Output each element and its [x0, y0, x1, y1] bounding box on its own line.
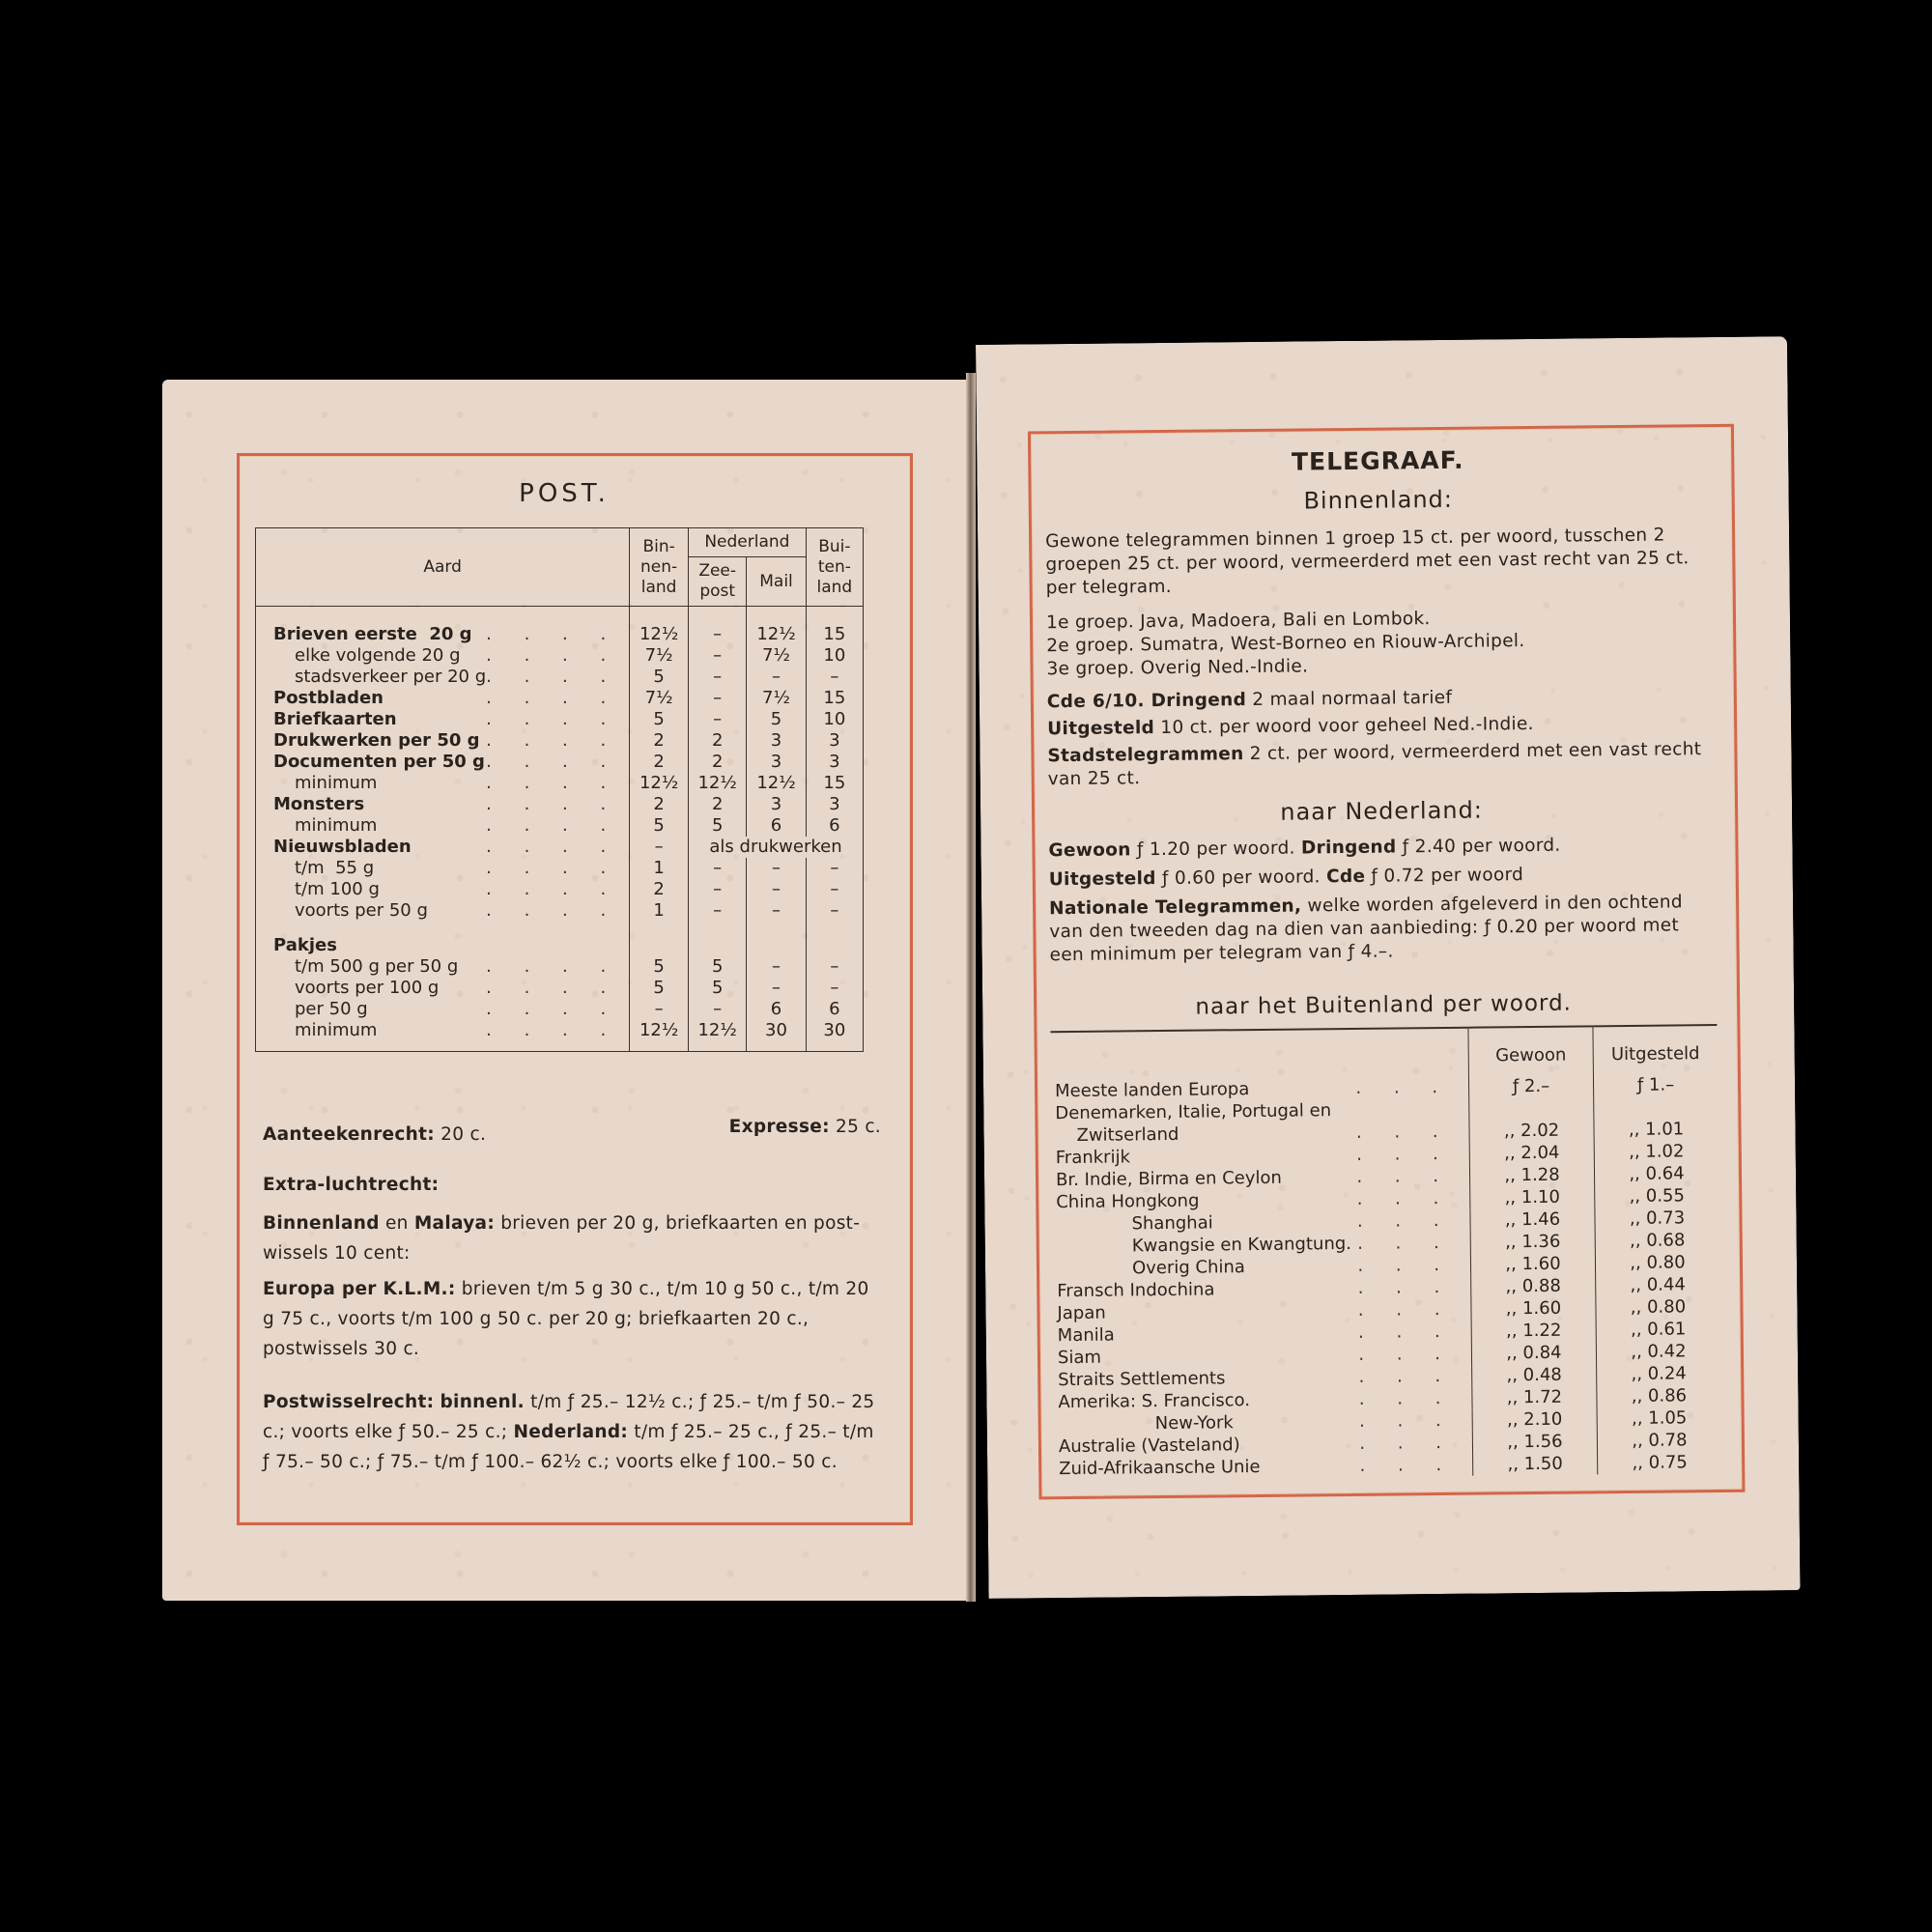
leader-dots: . . . . [486, 645, 619, 667]
cell-buitenland: 15 [806, 688, 863, 709]
row-label: elke volgende 20 g. . . . [256, 645, 630, 667]
leader-dots: . . . . [486, 730, 619, 752]
row-label: minimum. . . . [256, 815, 630, 837]
row-label: minimum. . . . [256, 1020, 630, 1052]
cell-binnenland: 7½ [630, 645, 689, 667]
leader-dots: . . . . [486, 667, 619, 688]
leader-dots: . . . . [486, 879, 619, 900]
cell-gewoon: ,, 1.10 [1470, 1185, 1595, 1208]
header-binnenland: Bin- nen- land [630, 528, 689, 607]
table-row: Drukwerken per 50 g. . . .2233 [256, 730, 864, 752]
cell-buitenland: 15 [806, 773, 863, 794]
table-row: Postbladen. . . .7½–7½15 [256, 688, 864, 709]
table-row: minimum. . . .12½12½3030 [256, 1020, 864, 1052]
cell-uitgesteld: ,, 1.05 [1597, 1406, 1721, 1430]
cell-buitenland [806, 922, 863, 956]
cell-mail: 5 [747, 709, 806, 730]
cell-mail: 6 [747, 999, 806, 1020]
country-cell: Meeste landen Europa. . . [1051, 1076, 1469, 1103]
cell-uitgesteld: ,, 1.01 [1594, 1118, 1719, 1141]
cell-zeepost: 12½ [689, 1020, 747, 1052]
cell-buitenland: 3 [806, 794, 863, 815]
cell-buitenland: – [806, 956, 863, 978]
cell-mail: 30 [747, 1020, 806, 1052]
leader-dots: . . . [1358, 1321, 1454, 1344]
post-notes: Aanteekenrecht: 20 c. Expresse: 25 c. Ex… [263, 1123, 881, 1477]
row-label: minimum. . . . [256, 773, 630, 794]
cell-mail: 12½ [747, 607, 806, 646]
leader-dots: . . . . [486, 1020, 619, 1041]
header-zeepost: Zee- post [689, 557, 747, 607]
cell-binnenland: 2 [630, 730, 689, 752]
buitenland-heading: naar het Buitenland per woord. [1050, 989, 1717, 1021]
cell-binnenland: 12½ [630, 607, 689, 646]
cell-mail: 12½ [747, 773, 806, 794]
cell-uitgesteld: ,, 0.75 [1598, 1451, 1722, 1474]
cell-binnenland: 1 [630, 900, 689, 922]
cell-buitenland: 10 [806, 709, 863, 730]
cell-uitgesteld: ,, 0.86 [1597, 1384, 1721, 1407]
table-row: t/m 500 g per 50 g. . . .55–– [256, 956, 864, 978]
leader-dots: . . . . [486, 624, 619, 645]
binnenland-intro: Gewone telegrammen binnen 1 groep 15 ct.… [1045, 524, 1713, 600]
booklet-spine [966, 373, 976, 1602]
cell-gewoon: ,, 2.02 [1469, 1119, 1594, 1142]
aanteekenrecht-value: 20 c. [440, 1124, 486, 1145]
cell-uitgesteld: ,, 0.64 [1594, 1162, 1719, 1185]
post-table-body: Brieven eerste 20 g. . . .12½–12½15elke … [256, 607, 864, 1052]
cell-mail: – [747, 900, 806, 922]
country-cell: Zuid-Afrikaansche Unie. . . [1055, 1454, 1473, 1481]
table-row: t/m 55 g. . . .1––– [256, 858, 864, 879]
leader-dots: . . . . [486, 773, 619, 794]
uitgesteld-binnenland-note: Uitgesteld 10 ct. per woord voor geheel … [1047, 711, 1714, 741]
leader-dots: . . . [1359, 1454, 1455, 1477]
leader-dots: . . . [1357, 1232, 1453, 1255]
postwisselrecht-note: Postwisselrecht: binnenl. t/m ƒ 25.– 12½… [263, 1387, 881, 1477]
cell-mail: 3 [747, 794, 806, 815]
cell-binnenland: 7½ [630, 688, 689, 709]
cell-binnenland: 2 [630, 752, 689, 773]
table-row: Pakjes [256, 922, 864, 956]
leader-dots: . . . [1358, 1276, 1454, 1299]
table-row: Documenten per 50 g. . . .2233 [256, 752, 864, 773]
leader-dots: . . . . [486, 709, 619, 730]
expresse-value: 25 c. [836, 1117, 881, 1137]
leader-dots: . . . . [486, 978, 619, 999]
table-row: per 50 g. . . .––66 [256, 999, 864, 1020]
cell-zeepost: 2 [689, 752, 747, 773]
row-label: stadsverkeer per 20 g. . . . [256, 667, 630, 688]
cell-binnenland: 5 [630, 709, 689, 730]
row-label: Postbladen. . . . [256, 688, 630, 709]
cell-mail: – [747, 858, 806, 879]
cell-mail: – [747, 978, 806, 999]
header-gewoon: Gewoon [1468, 1026, 1594, 1075]
page-telegraaf: TELEGRAAF. Binnenland: Gewone telegramme… [976, 336, 1801, 1599]
cell-uitgesteld: ,, 0.68 [1595, 1229, 1719, 1252]
cell-gewoon: ,, 2.04 [1469, 1141, 1594, 1164]
cell-gewoon: ,, 0.88 [1471, 1274, 1596, 1297]
cell-uitgesteld: ,, 0.78 [1597, 1429, 1721, 1452]
buitenland-rates-table: Gewoon Uitgesteld Meeste landen Europa. … [1050, 1024, 1721, 1480]
cell-mail [747, 922, 806, 956]
cell-mail: 6 [747, 815, 806, 837]
cell-span: als drukwerken [689, 837, 864, 858]
cell-gewoon: ,, 1.72 [1472, 1385, 1597, 1408]
leader-dots: . . . . [486, 858, 619, 879]
cell-zeepost: – [689, 688, 747, 709]
cell-buitenland: 6 [806, 999, 863, 1020]
header-buitenland: Bui- ten- land [806, 528, 863, 607]
cell-binnenland: 5 [630, 667, 689, 688]
cell-binnenland: 5 [630, 978, 689, 999]
cell-buitenland: 10 [806, 645, 863, 667]
cell-uitgesteld: ,, 0.61 [1596, 1318, 1720, 1341]
cell-buitenland: 30 [806, 1020, 863, 1052]
table-row: voorts per 50 g. . . .1––– [256, 900, 864, 922]
leader-dots: . . . [1359, 1409, 1455, 1433]
cell-zeepost: – [689, 607, 747, 646]
cell-gewoon: ƒ 2.– [1468, 1074, 1593, 1097]
cell-gewoon: ,, 1.46 [1470, 1207, 1595, 1231]
row-label: Briefkaarten. . . . [256, 709, 630, 730]
leader-dots: . . . . [486, 956, 619, 978]
header-country [1050, 1028, 1468, 1081]
europa-klm-note: Europa per K.L.M.: brieven t/m 5 g 30 c.… [263, 1274, 881, 1364]
table-row: minimum. . . .12½12½12½15 [256, 773, 864, 794]
cell-binnenland: – [630, 999, 689, 1020]
leader-dots: . . . . [486, 837, 619, 858]
cell-mail: 3 [747, 752, 806, 773]
page-post: POST. Aard Bin- nen- land Nederland Bui-… [162, 380, 966, 1601]
cell-gewoon: ,, 0.84 [1471, 1341, 1596, 1364]
row-label: per 50 g. . . . [256, 999, 630, 1020]
cell-mail: – [747, 879, 806, 900]
cell-zeepost: 12½ [689, 773, 747, 794]
cell-uitgesteld: ,, 0.55 [1595, 1184, 1719, 1207]
cell-gewoon: ,, 1.60 [1471, 1296, 1596, 1320]
table-row: Brieven eerste 20 g. . . .12½–12½15 [256, 607, 864, 646]
cell-zeepost: – [689, 709, 747, 730]
post-rates-table: Aard Bin- nen- land Nederland Bui- ten- … [255, 527, 864, 1052]
table-row: Briefkaarten. . . .5–510 [256, 709, 864, 730]
cell-binnenland: 5 [630, 815, 689, 837]
cell-binnenland: 12½ [630, 1020, 689, 1052]
leader-dots: . . . [1357, 1254, 1453, 1277]
extra-luchtrecht-heading: Extra-luchtrecht: [263, 1174, 881, 1197]
row-label: voorts per 50 g. . . . [256, 900, 630, 922]
row-label: Brieven eerste 20 g. . . . [256, 607, 630, 646]
cell-uitgesteld: ,, 0.24 [1597, 1362, 1721, 1385]
cell-buitenland: – [806, 667, 863, 688]
row-label: Monsters. . . . [256, 794, 630, 815]
table-row: elke volgende 20 g. . . .7½–7½10 [256, 645, 864, 667]
cell-mail: 7½ [747, 645, 806, 667]
cde-dringend-note: Cde 6/10. Dringend 2 maal normaal tarief [1047, 684, 1714, 714]
table-row: Nieuwsbladen. . . .–als drukwerken [256, 837, 864, 858]
buitenland-table-body: Meeste landen Europa. . .ƒ 2.–ƒ 1.–Denem… [1051, 1073, 1721, 1480]
row-label: t/m 55 g. . . . [256, 858, 630, 879]
leader-dots: . . . [1358, 1365, 1454, 1388]
cell-zeepost [689, 922, 747, 956]
cell-uitgesteld: ƒ 1.– [1593, 1073, 1718, 1096]
leader-dots: . . . . [486, 999, 619, 1020]
row-label: voorts per 100 g. . . . [256, 978, 630, 999]
cell-gewoon: ,, 1.50 [1473, 1452, 1598, 1475]
cell-zeepost: – [689, 879, 747, 900]
cell-uitgesteld [1594, 1095, 1719, 1119]
cell-zeepost: 5 [689, 956, 747, 978]
leader-dots: . . . . [486, 688, 619, 709]
leader-dots: . . . . [486, 794, 619, 815]
cell-uitgesteld: ,, 0.80 [1596, 1295, 1720, 1319]
cell-zeepost: – [689, 645, 747, 667]
cell-zeepost: 5 [689, 978, 747, 999]
row-label: Nieuwsbladen. . . . [256, 837, 630, 858]
cell-binnenland: 2 [630, 879, 689, 900]
cell-buitenland: 6 [806, 815, 863, 837]
table-row: voorts per 100 g. . . .55–– [256, 978, 864, 999]
cell-buitenland: – [806, 900, 863, 922]
cell-zeepost: 2 [689, 730, 747, 752]
cell-zeepost: 5 [689, 815, 747, 837]
binnenland-malaya-note: Binnenland en Malaya: brieven per 20 g, … [263, 1208, 881, 1268]
stadstelegrammen-note: Stadstelegrammen 2 ct. per woord, vermee… [1047, 738, 1714, 791]
nationale-telegrammen-note: Nationale Telegrammen, welke worden afge… [1049, 891, 1717, 967]
table-row: stadsverkeer per 20 g. . . .5––– [256, 667, 864, 688]
header-aard: Aard [256, 528, 630, 607]
row-label: Drukwerken per 50 g. . . . [256, 730, 630, 752]
leader-dots: . . . [1358, 1343, 1454, 1366]
cell-buitenland: – [806, 858, 863, 879]
cell-binnenland: – [630, 837, 689, 858]
row-label: Documenten per 50 g. . . . [256, 752, 630, 773]
cell-uitgesteld: ,, 0.80 [1595, 1251, 1719, 1274]
cell-zeepost: – [689, 667, 747, 688]
cell-zeepost: – [689, 900, 747, 922]
telegraaf-title: TELEGRAAF. [1044, 443, 1711, 478]
uitgesteld-cde-note: Uitgesteld ƒ 0.60 per woord. Cde ƒ 0.72 … [1049, 862, 1716, 892]
leader-dots: . . . [1355, 1076, 1451, 1099]
cell-uitgesteld: ,, 1.02 [1594, 1140, 1719, 1163]
cell-zeepost: – [689, 999, 747, 1020]
leader-dots: . . . [1359, 1432, 1455, 1455]
leader-dots: . . . [1356, 1143, 1452, 1166]
cell-gewoon: ,, 1.22 [1471, 1319, 1596, 1342]
header-mail: Mail [747, 557, 806, 607]
gewoon-dringend-note: Gewoon ƒ 1.20 per woord. Dringend ƒ 2.40… [1048, 833, 1715, 863]
cell-gewoon: ,, 1.60 [1470, 1252, 1595, 1275]
cell-gewoon: ,, 2.10 [1472, 1407, 1597, 1431]
row-label: t/m 100 g. . . . [256, 879, 630, 900]
group-list: 1e groep. Java, Madoera, Bali en Lombok.… [1046, 605, 1714, 681]
table-row: minimum. . . .5566 [256, 815, 864, 837]
telegraaf-content: TELEGRAAF. Binnenland: Gewone telegramme… [1044, 443, 1721, 1480]
leader-dots: . . . [1357, 1187, 1453, 1210]
cell-gewoon: ,, 0.48 [1472, 1363, 1597, 1386]
binnenland-heading: Binnenland: [1045, 483, 1712, 517]
leader-dots: . . . . [486, 815, 619, 837]
cell-mail: – [747, 667, 806, 688]
cell-buitenland: – [806, 879, 863, 900]
header-nederland: Nederland [689, 528, 807, 557]
cell-gewoon: ,, 1.36 [1470, 1230, 1595, 1253]
cell-buitenland: 3 [806, 730, 863, 752]
cell-buitenland: 3 [806, 752, 863, 773]
leader-dots: . . . [1356, 1121, 1452, 1144]
cell-gewoon: ,, 1.56 [1472, 1430, 1597, 1453]
cell-gewoon: ,, 1.28 [1469, 1163, 1594, 1186]
row-label: Pakjes [256, 922, 630, 956]
cell-binnenland: 5 [630, 956, 689, 978]
cell-uitgesteld: ,, 0.44 [1596, 1273, 1720, 1296]
leader-dots: . . . [1356, 1165, 1452, 1188]
cell-mail: 3 [747, 730, 806, 752]
table-row: t/m 100 g. . . .2––– [256, 879, 864, 900]
post-title: POST. [162, 479, 966, 508]
cell-zeepost: – [689, 858, 747, 879]
aanteekenrecht-label: Aanteekenrecht: [263, 1124, 435, 1145]
cell-binnenland: 12½ [630, 773, 689, 794]
leader-dots: . . . [1359, 1387, 1455, 1410]
cell-binnenland [630, 922, 689, 956]
cell-mail: 7½ [747, 688, 806, 709]
cell-uitgesteld: ,, 0.42 [1596, 1340, 1720, 1363]
nederland-heading: naar Nederland: [1048, 794, 1715, 828]
expresse-label: Expresse: [729, 1117, 830, 1137]
leader-dots: . . . [1358, 1298, 1454, 1321]
cell-gewoon [1469, 1096, 1594, 1120]
table-row: Monsters. . . .2233 [256, 794, 864, 815]
row-label: t/m 500 g per 50 g. . . . [256, 956, 630, 978]
cell-buitenland: – [806, 978, 863, 999]
cell-binnenland: 1 [630, 858, 689, 879]
cell-zeepost: 2 [689, 794, 747, 815]
cell-buitenland: 15 [806, 607, 863, 646]
cell-uitgesteld: ,, 0.73 [1595, 1207, 1719, 1230]
leader-dots: . . . . [486, 900, 619, 922]
leader-dots: . . . . [486, 752, 619, 773]
header-uitgesteld: Uitgesteld [1593, 1025, 1718, 1074]
cell-mail: – [747, 956, 806, 978]
cell-binnenland: 2 [630, 794, 689, 815]
leader-dots: . . . [1357, 1209, 1453, 1233]
